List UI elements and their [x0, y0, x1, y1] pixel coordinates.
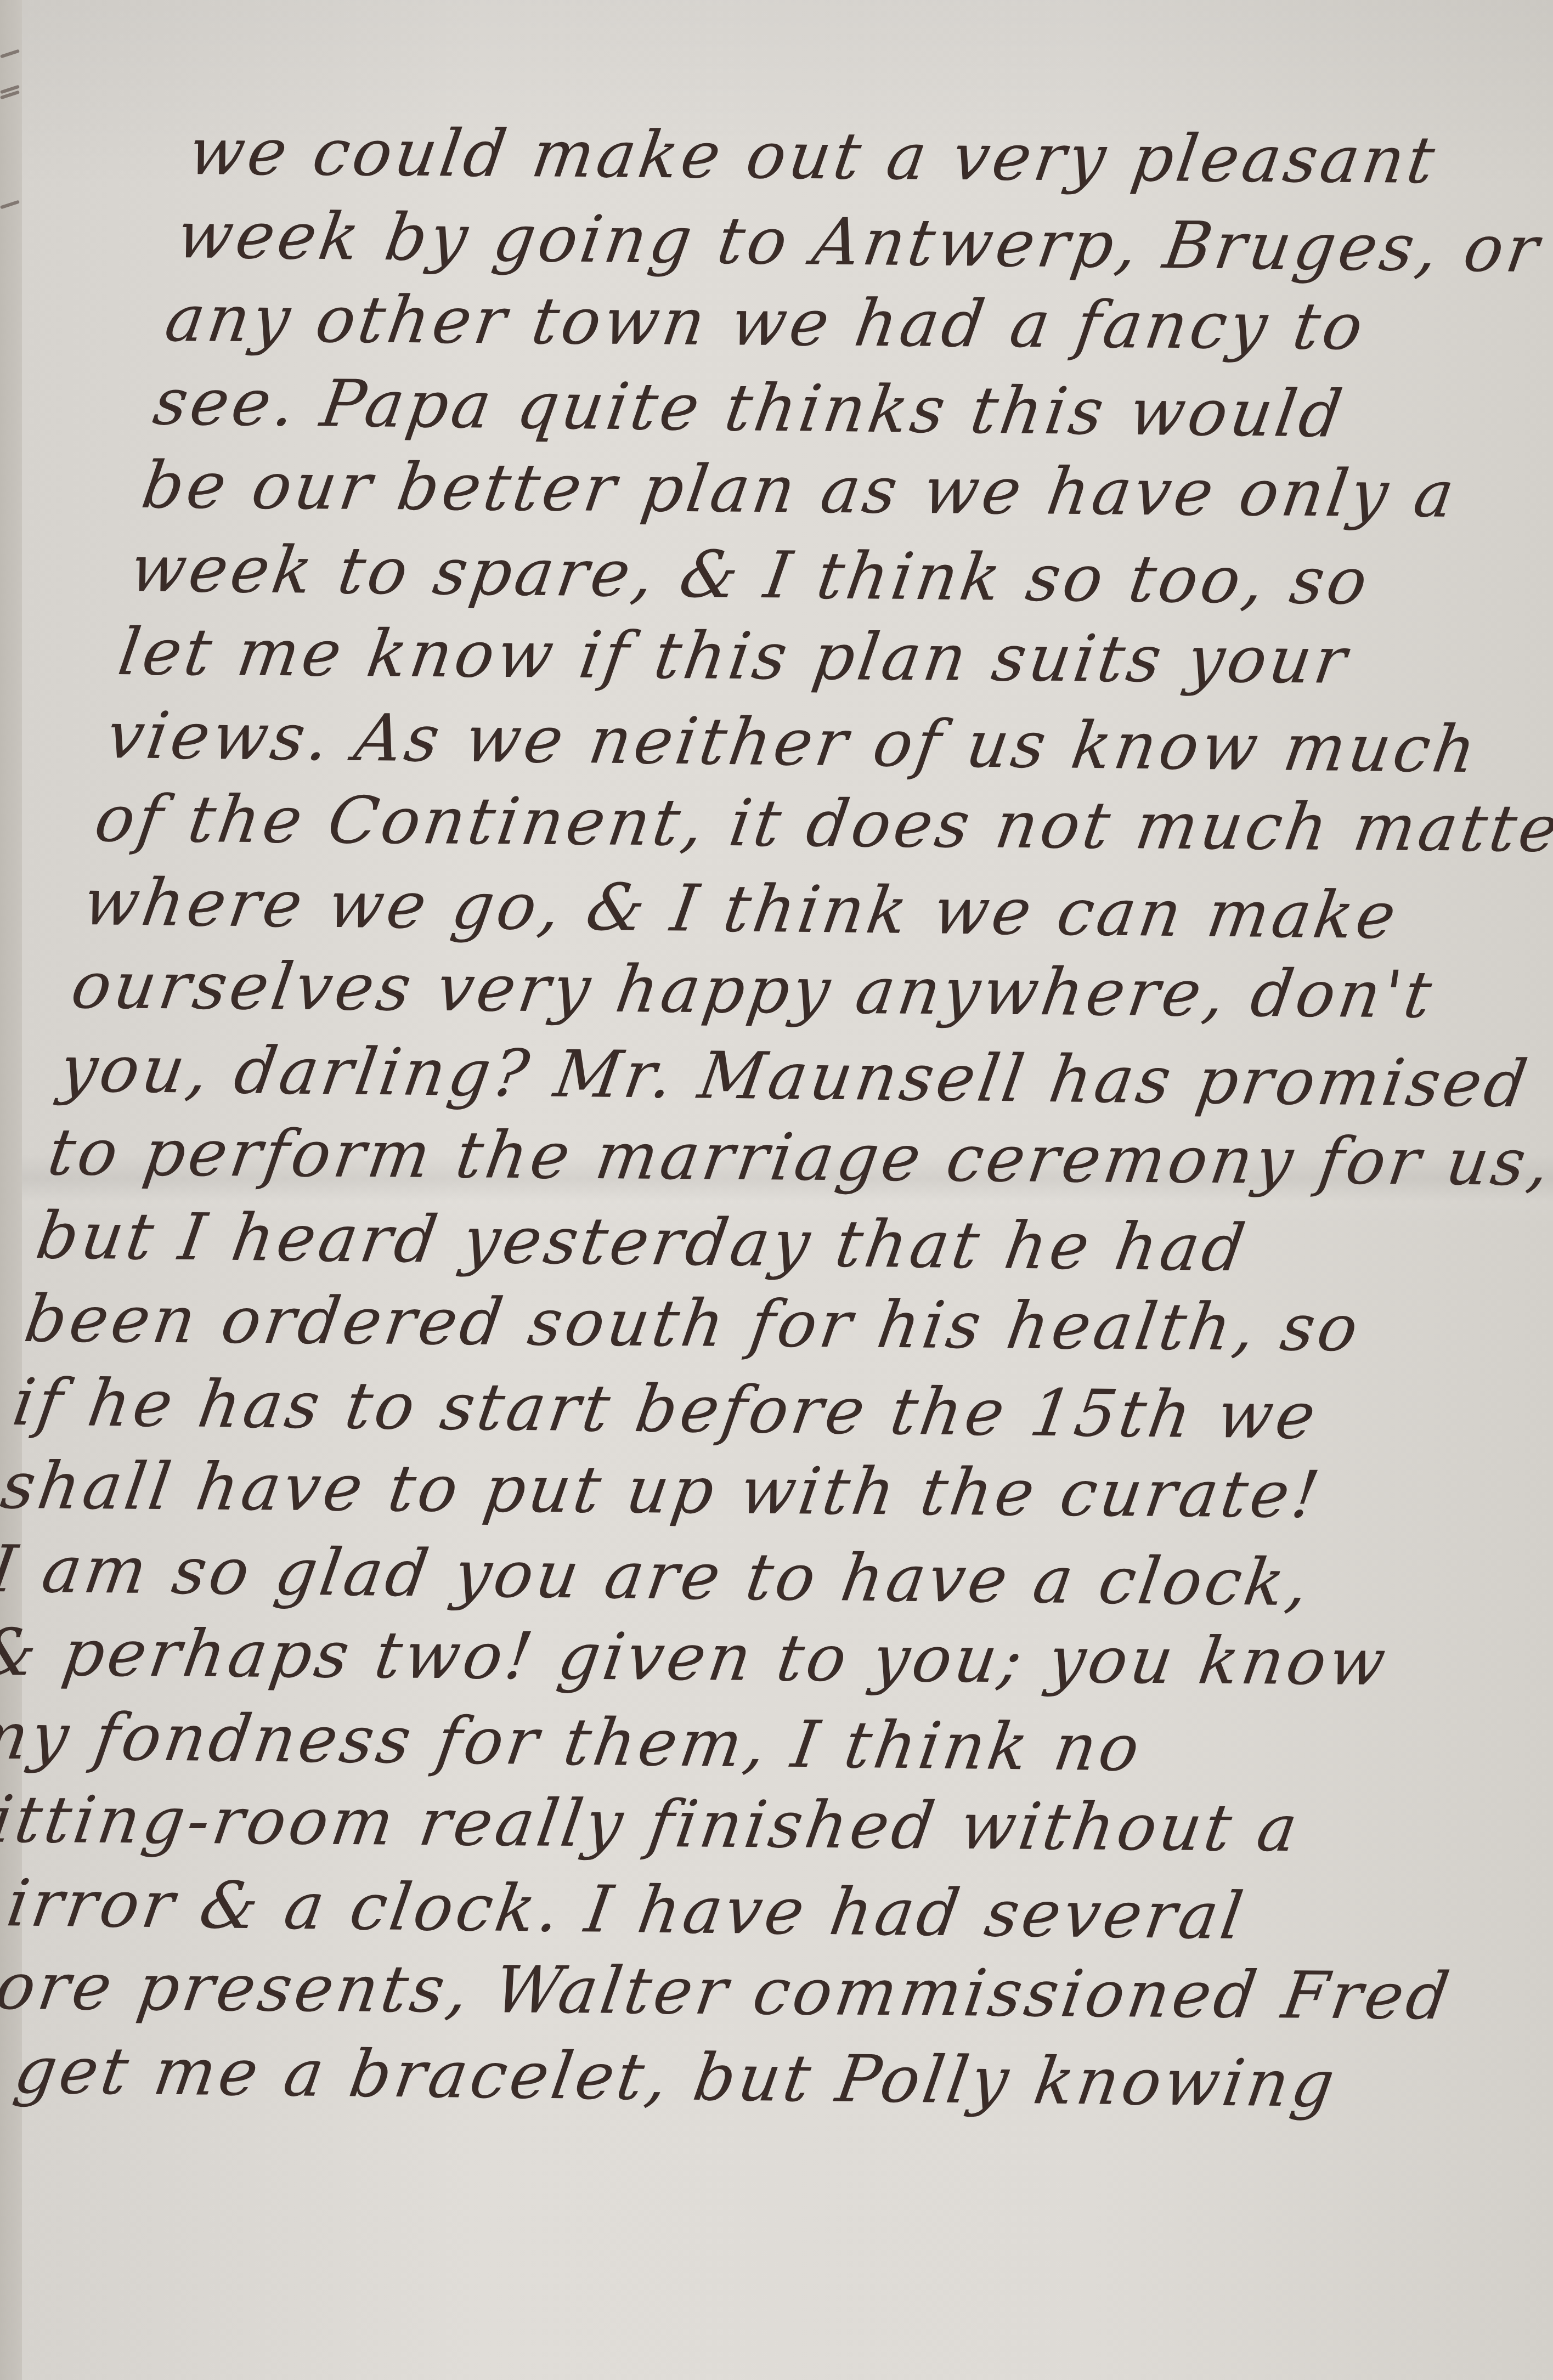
letter-line: let me know if this plan suits your — [113, 610, 1553, 704]
letter-line: my fondness for them, I think no — [0, 1694, 1452, 1793]
letter-line: to perform the marriage ceremony for us, — [43, 1110, 1535, 1204]
letter-line: & perhaps two! given to you; you know — [0, 1610, 1465, 1704]
letter-line: views. As we neither of us know much — [101, 693, 1553, 792]
letter-sheet: we could make out a very pleasant week b… — [22, 0, 1553, 2380]
letter-line: we could make out a very pleasant — [183, 110, 1553, 203]
letter-line: any other town we had a fancy to — [160, 276, 1553, 370]
letter-line: ourselves very happy anywhere, don't — [66, 943, 1553, 1037]
letter-line: where we go, & I think we can make — [78, 860, 1553, 959]
letter-line: see. Papa quite thinks this would — [148, 360, 1553, 459]
ink-stroke — [0, 200, 20, 210]
letter-line: shall have to put up with the curate! — [0, 1444, 1488, 1537]
letter-line: you, darling? Mr. Maunsell has promised — [54, 1027, 1546, 1126]
letter-line: more presents, Walter commissioned Fred — [0, 1944, 1418, 2038]
letter-line: week to spare, & I think so too, so — [125, 527, 1553, 625]
letter-line: mirror & a clock. I have had several — [0, 1861, 1428, 1959]
letter-line: I am so glad you are to have a clock, — [0, 1527, 1476, 1626]
letter-line: been ordered south for his health, so — [19, 1277, 1511, 1371]
ink-stroke — [0, 49, 20, 59]
letter-line: but I heard yesterday that he had — [31, 1194, 1522, 1292]
letter-body: we could make out a very pleasant week b… — [0, 110, 1553, 2111]
letter-line: to get me a bracelet, but Polly knowing — [0, 2027, 1405, 2126]
letter-line: of the Continent, it does not much matte… — [90, 777, 1553, 870]
letter-line: week by going to Antwerp, Bruges, or — [172, 193, 1553, 292]
letter-line: be our better plan as we have only a — [137, 443, 1553, 537]
letter-line: if he has to start before the 15th we — [8, 1360, 1499, 1459]
letter-line: sitting-room really finished without a — [0, 1777, 1441, 1871]
